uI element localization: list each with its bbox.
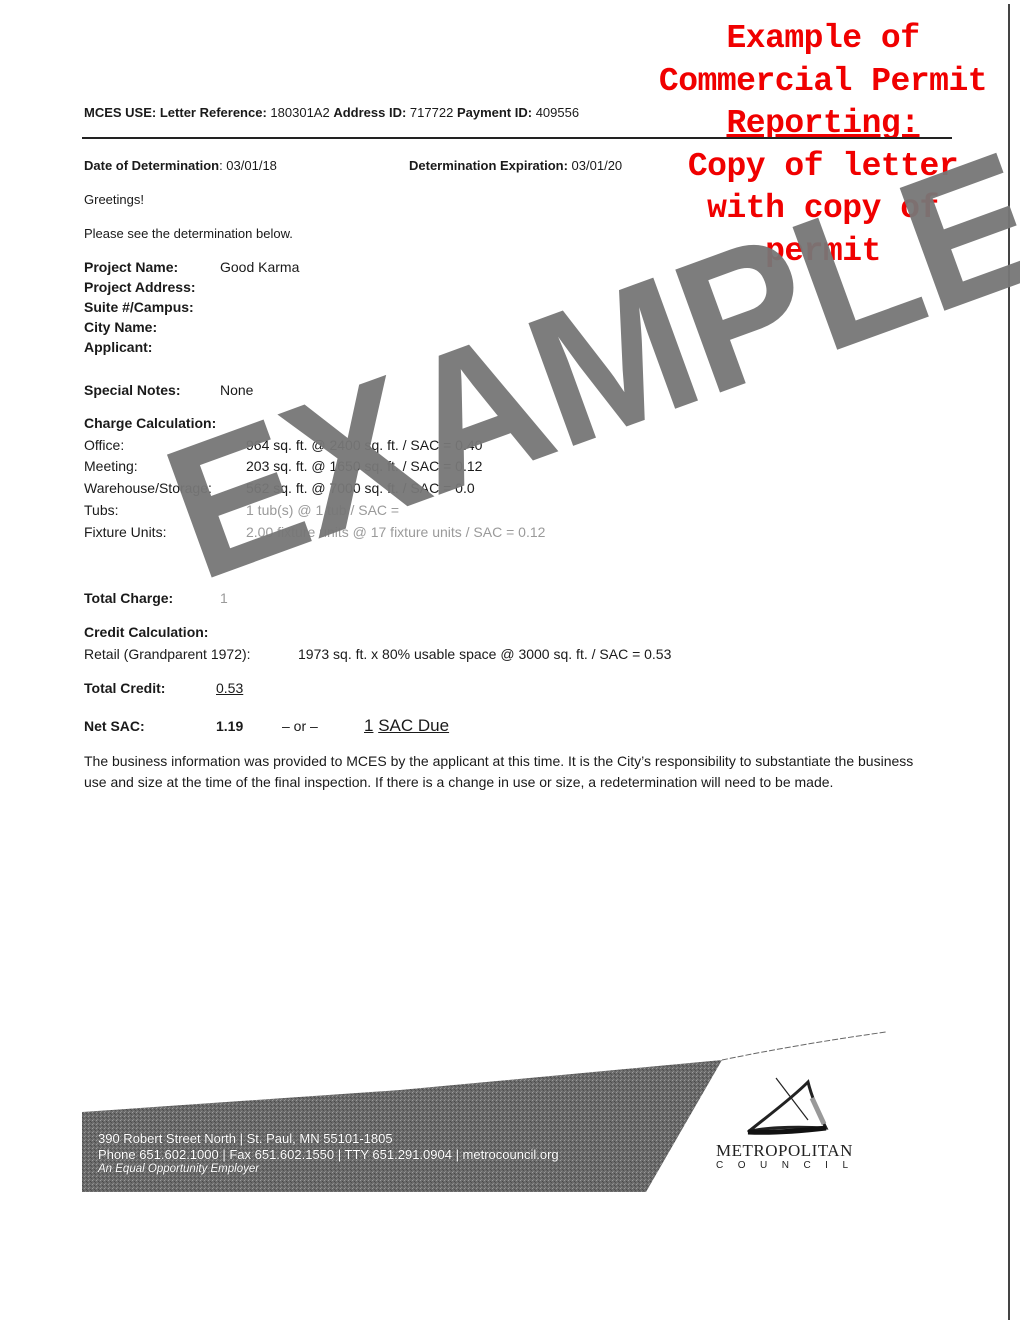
footer-graphic: [0, 0, 1020, 1320]
metropolitan-council-logo-icon: [748, 1078, 826, 1132]
footer-contact: Phone 651.602.1000 | Fax 651.602.1550 | …: [98, 1147, 559, 1162]
footer-tagline: An Equal Opportunity Employer: [98, 1163, 259, 1175]
logo-wordmark: METROPOLITAN: [716, 1141, 853, 1161]
footer-address: 390 Robert Street North | St. Paul, MN 5…: [98, 1131, 393, 1146]
logo-subtitle: COUNCIL: [716, 1160, 863, 1171]
